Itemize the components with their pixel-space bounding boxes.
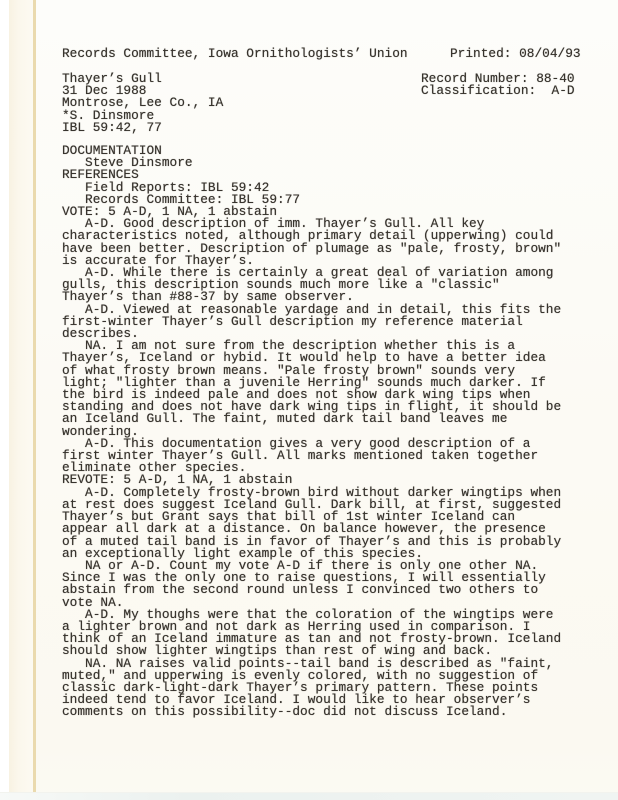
scanned-document-page: Records Committee, Iowa Ornithologists’ …	[0, 0, 618, 800]
printed-date: Printed: 08/04/93	[450, 48, 581, 60]
record-details-block: Thayer’s Gull 31 Dec 1988 Montrose, Lee …	[62, 73, 223, 134]
document-body-text: DOCUMENTATION Steve Dinsmore REFERENCES …	[62, 145, 561, 719]
scan-left-edge	[0, 0, 9, 800]
record-number-classification-block: Record Number: 88-40 Classification: A-D	[421, 73, 575, 97]
committee-header-title: Records Committee, Iowa Ornithologists’ …	[62, 48, 408, 60]
page-margin-strip	[9, 0, 33, 800]
scan-bottom-edge	[0, 792, 618, 800]
margin-rule-line	[33, 0, 36, 800]
